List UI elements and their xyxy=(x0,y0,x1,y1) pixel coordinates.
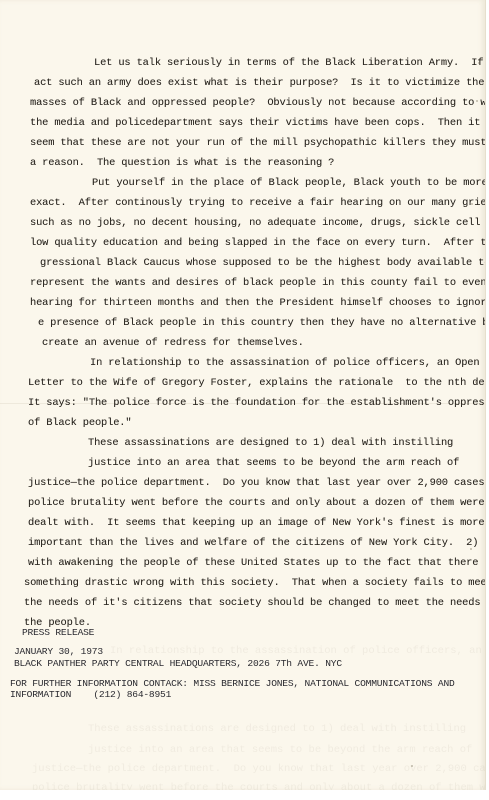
paper-speck xyxy=(411,765,413,767)
text-line: represent the wants and desires of black… xyxy=(30,277,486,289)
text-line: These assassinations are designed to 1) … xyxy=(88,437,453,449)
text-line: justice into an area that seems to be be… xyxy=(88,457,459,469)
text-line: It says: "The police force is the founda… xyxy=(28,397,486,409)
text-line: something drastic wrong with this societ… xyxy=(24,577,486,589)
text-line: act such an army does exist what is thei… xyxy=(34,77,484,89)
bleed-through-line: justice—the police department. Do you kn… xyxy=(32,763,486,775)
text-line: e presence of Black people in this count… xyxy=(38,317,486,329)
paper-speck xyxy=(475,381,477,383)
text-line: police brutality went before the courts … xyxy=(28,497,484,509)
text-line: justice—the police department. Do you kn… xyxy=(28,477,486,489)
contact-info-line1: FOR FURTHER INFORMATION CONTACK: MISS BE… xyxy=(10,678,455,689)
paper-speck xyxy=(470,548,472,550)
bleed-through-line: In relationship to the assassination of … xyxy=(110,645,486,657)
text-line: with awakening the people of these Unite… xyxy=(28,557,486,569)
text-line: create an avenue of redress for themselv… xyxy=(42,337,304,349)
text-line: dealt with. It seems that keeping up an … xyxy=(28,517,484,529)
paper-speck xyxy=(471,203,473,205)
paper-speck xyxy=(476,100,478,102)
text-line: such as no jobs, no decent housing, no a… xyxy=(30,217,486,229)
bleed-through-line: justice into an area that seems to be be… xyxy=(88,744,472,756)
press-release-label: PRESS RELEASE xyxy=(22,627,94,638)
text-line: the needs of it's citizens that society … xyxy=(24,597,486,609)
bleed-through-line: police brutality went before the courts … xyxy=(32,782,486,790)
text-line: low quality education and being slapped … xyxy=(30,237,486,249)
text-line: important than the lives and welfare of … xyxy=(28,537,486,549)
text-line: masses of Black and oppressed people? Ob… xyxy=(30,97,486,109)
contact-info-line2: INFORMATION (212) 864-8951 xyxy=(10,689,171,700)
document-page: In relationship to the assassination of … xyxy=(0,0,486,790)
text-line: hearing for thirteen months and then the… xyxy=(30,297,486,309)
text-line: of Black people." xyxy=(28,417,131,429)
paper-speck xyxy=(478,62,480,64)
text-line: Let us talk seriously in terms of the Bl… xyxy=(94,57,486,69)
bleed-through-line: These assassinations are designed to 1) … xyxy=(88,723,466,735)
text-line: Put yourself in the place of Black peopl… xyxy=(92,177,486,189)
text-line: exact. After continously trying to recei… xyxy=(30,197,486,209)
text-line: the media and policedepartment says thei… xyxy=(30,117,486,129)
text-line: a reason. The question is what is the re… xyxy=(30,157,334,169)
text-line: gressional Black Caucus whose supposed t… xyxy=(40,257,486,269)
text-line: seem that these are not your run of the … xyxy=(30,137,486,149)
release-location: BLACK PANTHER PARTY CENTRAL HEADQUARTERS… xyxy=(14,658,342,669)
text-line: In relationship to the assassination of … xyxy=(90,357,479,369)
text-line: Letter to the Wife of Gregory Foster, ex… xyxy=(28,377,486,389)
release-date: JANUARY 30, 1973 xyxy=(14,646,103,657)
